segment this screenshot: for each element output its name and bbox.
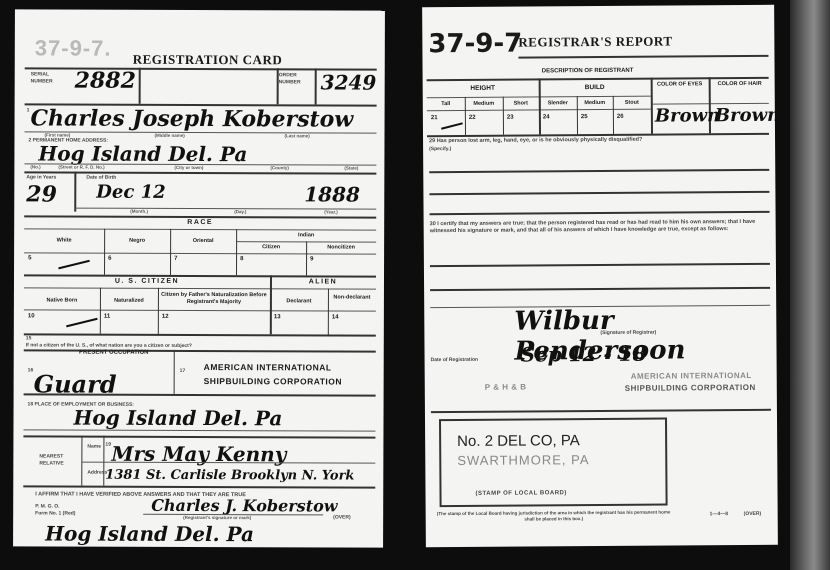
home-address: Hog Island Del. Pa <box>38 141 247 166</box>
address-sublabel: (Street or R. F. D. No.) <box>58 165 104 170</box>
race-col-indian: Indian <box>236 232 376 238</box>
checkmark-tall <box>441 122 463 129</box>
report-num: 26 <box>617 114 624 120</box>
age-value: 29 <box>26 181 57 207</box>
faint-stamp-line1: AMERICAN INTERNATIONAL <box>631 371 752 381</box>
citizen-num: 11 <box>104 314 110 320</box>
footer-handwritten: Hog Island Del. Pa <box>45 521 254 546</box>
local-board-stamp-line2: SWARTHMORE, PA <box>457 452 589 468</box>
height-medium: Medium <box>465 101 503 107</box>
divider <box>100 288 101 334</box>
citizen-num: 10 <box>28 313 35 319</box>
citizen-col-fathers: Citizen by Father's Naturalization Befor… <box>158 292 270 306</box>
dob-sublabel: (Month.) <box>130 209 148 214</box>
alien-col-nondeclarant: Non-declarant <box>328 294 376 301</box>
dob-label: Date of Birth <box>86 175 116 181</box>
report-num: 24 <box>543 114 550 120</box>
checkmark-white <box>58 260 90 270</box>
field-number: 15 <box>26 335 32 341</box>
alien-col-declarant: Declarant <box>270 298 328 304</box>
divider <box>430 211 770 215</box>
divider <box>23 485 375 488</box>
divider <box>23 429 375 431</box>
scan-edge <box>790 0 830 570</box>
eye-color-value: Brown <box>655 105 720 126</box>
q29-text: 29 Has person lost arm, leg, hand, eye, … <box>429 136 769 144</box>
height-title: HEIGHT <box>427 84 539 92</box>
registrant-signature: Charles J. Koberstow <box>151 496 337 516</box>
divider <box>74 172 76 212</box>
serial-number: 2882 <box>75 68 136 94</box>
date-of-registration-label: Date of Registration <box>431 357 479 363</box>
address-sublabel: (State) <box>344 166 358 171</box>
name-sublabel: (Middle name) <box>154 133 184 138</box>
registrant-name: Charles Joseph Koberstow <box>31 105 354 132</box>
divider <box>651 78 653 134</box>
registrars-report: 37-9-7 REGISTRAR'S REPORT DESCRIPTION OF… <box>422 5 778 547</box>
divider <box>170 229 171 275</box>
dob-month: Dec 12 <box>96 182 165 203</box>
race-num: 8 <box>240 256 243 262</box>
form-info: P. M. G. O. Form No. 1 (Red) <box>35 503 75 517</box>
divider <box>158 288 159 334</box>
divider <box>236 229 237 275</box>
report-num: 23 <box>507 115 514 121</box>
dob-year: 1888 <box>304 182 360 206</box>
q29-sublabel: (Specify.) <box>429 146 451 152</box>
build-medium: Medium <box>577 100 613 106</box>
stamp-note: (The stamp of the Local Board having jur… <box>434 509 674 523</box>
race-col-indian-noncitizen: Noncitizen <box>306 244 376 250</box>
race-num: 9 <box>310 256 313 262</box>
employer-line1: AMERICAN INTERNATIONAL <box>204 360 354 375</box>
address-sublabel: (County) <box>270 165 289 170</box>
build-stout: Stout <box>613 100 651 106</box>
divider <box>429 169 769 173</box>
divider <box>24 252 376 254</box>
field-number: 16 <box>28 367 34 373</box>
race-col-negro: Negro <box>104 238 170 244</box>
report-num: 22 <box>469 115 476 121</box>
registration-card-front: 37-9-7. REGISTRATION CARD SERIAL NUMBER … <box>13 9 385 547</box>
field-number: 17 <box>180 368 186 374</box>
race-num: 5 <box>28 255 31 261</box>
report-num: 21 <box>431 115 438 121</box>
height-short: Short <box>503 100 539 106</box>
occupation-label: PRESENT OCCUPATION <box>54 349 174 355</box>
divider <box>430 287 770 291</box>
citizen-num: 14 <box>332 314 339 320</box>
race-col-white: White <box>24 237 104 243</box>
divider <box>104 229 105 275</box>
divider <box>25 131 377 133</box>
employer-line2: SHIPBUILDING CORPORATION <box>204 374 354 389</box>
divider <box>24 309 376 311</box>
citizen-col-naturalized: Naturalized <box>100 298 158 304</box>
form-number: Form No. 1 (Red) <box>35 510 75 517</box>
alien-title: ALIEN <box>270 278 376 285</box>
divider <box>431 409 771 413</box>
stamp-caption: (STAMP OF LOCAL BOARD) <box>475 490 566 497</box>
divider <box>518 55 768 59</box>
q30-text: 30 I certify that my answers are true; t… <box>430 219 770 235</box>
place-of-employment: Hog Island Del. Pa <box>73 406 282 431</box>
build-slender: Slender <box>539 100 577 106</box>
report-footer-code: 1—4—8 <box>710 511 728 517</box>
divider <box>174 350 175 394</box>
card-title: REGISTRATION CARD <box>133 52 283 69</box>
divider <box>103 436 104 486</box>
date-of-registration: Sep 12 - 18 <box>520 342 646 367</box>
signature-sublabel: (Registrant's signature or mark) <box>183 515 251 520</box>
citizen-col-native: Native Born <box>24 297 100 303</box>
race-col-indian-citizen: Citizen <box>236 244 306 250</box>
q15-text: If not a citizen of the U. S., of what n… <box>26 342 192 349</box>
divider <box>23 435 375 438</box>
divider <box>429 191 769 195</box>
race-num: 7 <box>174 256 177 262</box>
report-num: 25 <box>581 114 588 120</box>
relative-name-label: Name <box>87 444 101 450</box>
divider <box>24 228 376 230</box>
report-over-label: (OVER) <box>744 511 762 517</box>
divider <box>24 333 376 336</box>
race-title: RACE <box>24 218 376 226</box>
divider <box>306 241 307 275</box>
race-col-oriental: Oriental <box>170 238 236 244</box>
divider <box>539 78 541 134</box>
age-label: Age in Years <box>26 174 56 180</box>
faint-stamp-line2: SHIPBUILDING CORPORATION <box>625 383 756 393</box>
hair-color-value: Brown <box>715 105 778 126</box>
divider <box>81 436 82 486</box>
divider <box>430 263 770 267</box>
serial-label: SERIAL NUMBER <box>31 71 65 85</box>
race-num: 6 <box>108 256 111 262</box>
report-title: REGISTRAR'S REPORT <box>518 33 672 50</box>
relative-address: 1381 St. Carlisle Brooklyn N. York <box>105 468 354 484</box>
employer-stamp: AMERICAN INTERNATIONAL SHIPBUILDING CORP… <box>204 360 354 389</box>
over-label: (OVER) <box>333 514 351 520</box>
divider <box>328 288 329 334</box>
order-label: ORDER NUMBER <box>279 72 313 86</box>
faint-card-number: 37-9-7. <box>35 35 112 61</box>
field-number: 19 <box>105 442 111 448</box>
report-number: 37-9-7 <box>428 29 522 60</box>
local-board-stamp-line1: No. 2 DEL CO, PA <box>457 432 580 450</box>
address-sublabel: (No.) <box>30 164 40 169</box>
divider <box>270 275 272 334</box>
registrar-signature-label: (Signature of Registrar) <box>600 330 656 336</box>
divider <box>315 68 317 104</box>
divider <box>24 287 376 289</box>
faint-stamp: P & H & B <box>485 383 527 392</box>
field-number: 1 <box>27 107 30 113</box>
citizen-num: 13 <box>274 314 281 320</box>
address-sublabel: (City or town) <box>174 165 203 170</box>
hair-color-title: COLOR OF HAIR <box>711 81 769 88</box>
name-sublabel: (Last name) <box>284 133 309 138</box>
nearest-relative-label: NEAREST RELATIVE <box>39 453 79 467</box>
description-title: DESCRIPTION OF REGISTRANT <box>513 68 663 75</box>
build-title: BUILD <box>539 84 651 92</box>
citizen-num: 12 <box>162 314 169 320</box>
checkmark-native-born <box>66 318 98 328</box>
dob-sublabel: (Year.) <box>324 209 338 214</box>
us-citizen-title: U. S. CITIZEN <box>24 277 270 285</box>
dob-sublabel: (Day.) <box>234 209 246 214</box>
height-tall: Tall <box>427 101 465 107</box>
order-number: 3249 <box>321 70 377 94</box>
eye-color-title: COLOR OF EYES <box>653 81 707 88</box>
divider <box>24 171 376 174</box>
